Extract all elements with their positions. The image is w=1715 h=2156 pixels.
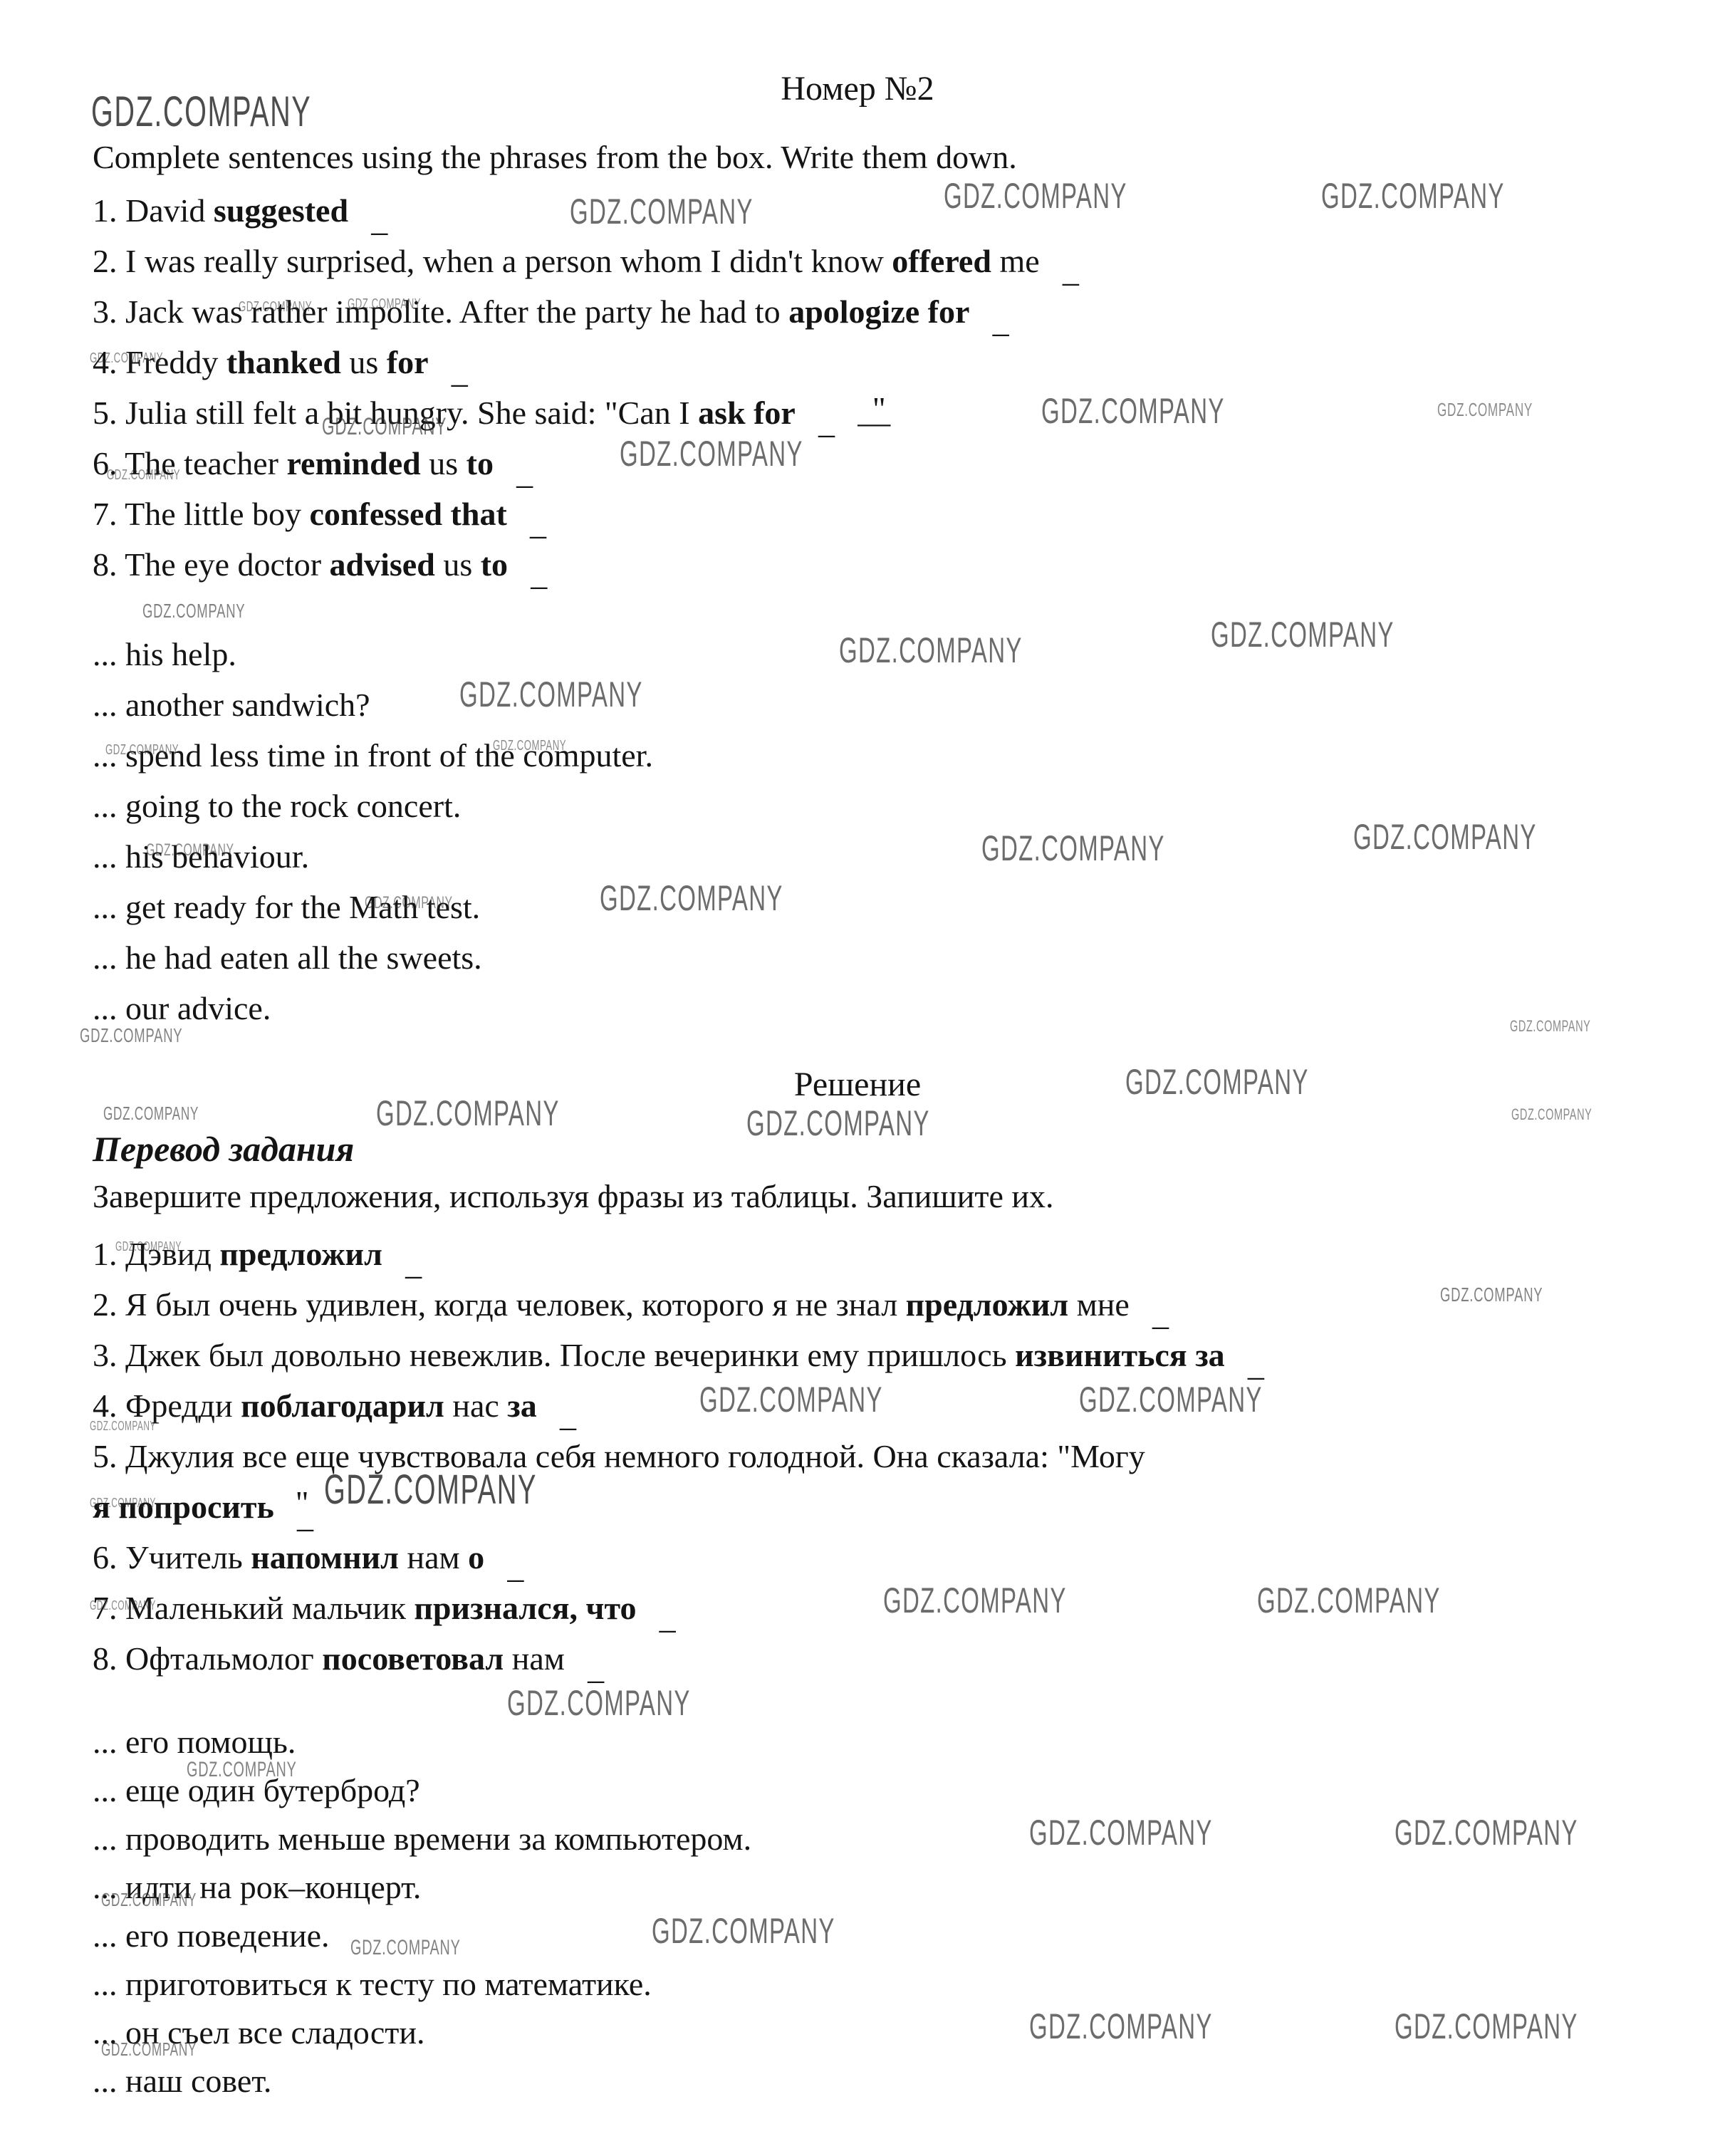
phrase-box-en: ... his help.... another sandwich?... sp… xyxy=(93,629,1715,1033)
task-item-en: 1. David suggested_ xyxy=(93,185,1715,236)
phrase-item-en: ... he had eaten all the sweets. xyxy=(93,932,1715,983)
phrase-item-ru: ... еще один бутерброд? xyxy=(93,1766,1715,1815)
phrase-box-ru: ... его помощь.... еще один бутерброд?..… xyxy=(93,1718,1715,2105)
task-item-en: 6. The teacher reminded us to_ xyxy=(93,438,1715,489)
page-title: Номер №2 xyxy=(0,70,1715,108)
task-items-en: 1. David suggested_2. I was really surpr… xyxy=(93,185,1715,590)
phrase-item-en: ... his behaviour. xyxy=(93,831,1715,882)
phrase-item-ru: ... приготовиться к тесту по математике. xyxy=(93,1960,1715,2009)
task-item-ru: я попросить_" xyxy=(93,1481,1715,1532)
phrase-item-en: ... his help. xyxy=(93,629,1715,679)
task-item-en: 5. Julia still felt a bit hungry. She sa… xyxy=(93,387,1715,438)
task-intro-en: Complete sentences using the phrases fro… xyxy=(93,140,1715,175)
solution-heading: Решение xyxy=(0,1066,1715,1103)
phrase-item-en: ... spend less time in front of the comp… xyxy=(93,730,1715,781)
task-item-ru: 2. Я был очень удивлен, когда человек, к… xyxy=(93,1279,1715,1330)
phrase-item-en: ... going to the rock concert. xyxy=(93,781,1715,831)
task-item-ru: 7. Маленький мальчик признался, что_ xyxy=(93,1583,1715,1633)
phrase-item-ru: ... наш совет. xyxy=(93,2057,1715,2105)
phrase-item-ru: ... идти на рок–концерт. xyxy=(93,1863,1715,1912)
task-item-ru: 1. Дэвид предложил_ xyxy=(93,1229,1715,1279)
task-items-ru: 1. Дэвид предложил_2. Я был очень удивле… xyxy=(93,1229,1715,1684)
task-item-ru: 6. Учитель напомнил нам о_ xyxy=(93,1532,1715,1583)
phrase-item-en: ... get ready for the Math test. xyxy=(93,882,1715,932)
phrase-item-ru: ... проводить меньше времени за компьюте… xyxy=(93,1815,1715,1863)
phrase-item-en: ... our advice. xyxy=(93,983,1715,1033)
task-item-en: 4. Freddy thanked us for_ xyxy=(93,337,1715,387)
task-intro-ru: Завершите предложения, используя фразы и… xyxy=(93,1179,1715,1214)
phrase-item-ru: ... его помощь. xyxy=(93,1718,1715,1766)
task-item-ru: 5. Джулия все еще чувствовала себя немно… xyxy=(93,1431,1715,1481)
task-item-ru: 4. Фредди поблагодарил нас за_ xyxy=(93,1380,1715,1431)
task-item-ru: 3. Джек был довольно невежлив. После веч… xyxy=(93,1330,1715,1380)
document-content: Номер №2 Complete sentences using the ph… xyxy=(0,70,1715,2105)
task-item-en: 8. The eye doctor advised us to_ xyxy=(93,539,1715,590)
phrase-item-en: ... another sandwich? xyxy=(93,679,1715,730)
translation-heading: Перевод задания xyxy=(93,1130,1715,1167)
task-item-ru: 8. Офтальмолог посоветовал нам_ xyxy=(93,1633,1715,1684)
phrase-item-ru: ... его поведение. xyxy=(93,1912,1715,1960)
task-item-en: 2. I was really surprised, when a person… xyxy=(93,236,1715,286)
document-page: GDZ.COMPANYGDZ.COMPANYGDZ.COMPANYGDZ.COM… xyxy=(0,0,1715,2156)
task-item-en: 7. The little boy confessed that_ xyxy=(93,489,1715,539)
phrase-item-ru: ... он съел все сладости. xyxy=(93,2009,1715,2057)
task-item-en: 3. Jack was rather impolite. After the p… xyxy=(93,286,1715,337)
